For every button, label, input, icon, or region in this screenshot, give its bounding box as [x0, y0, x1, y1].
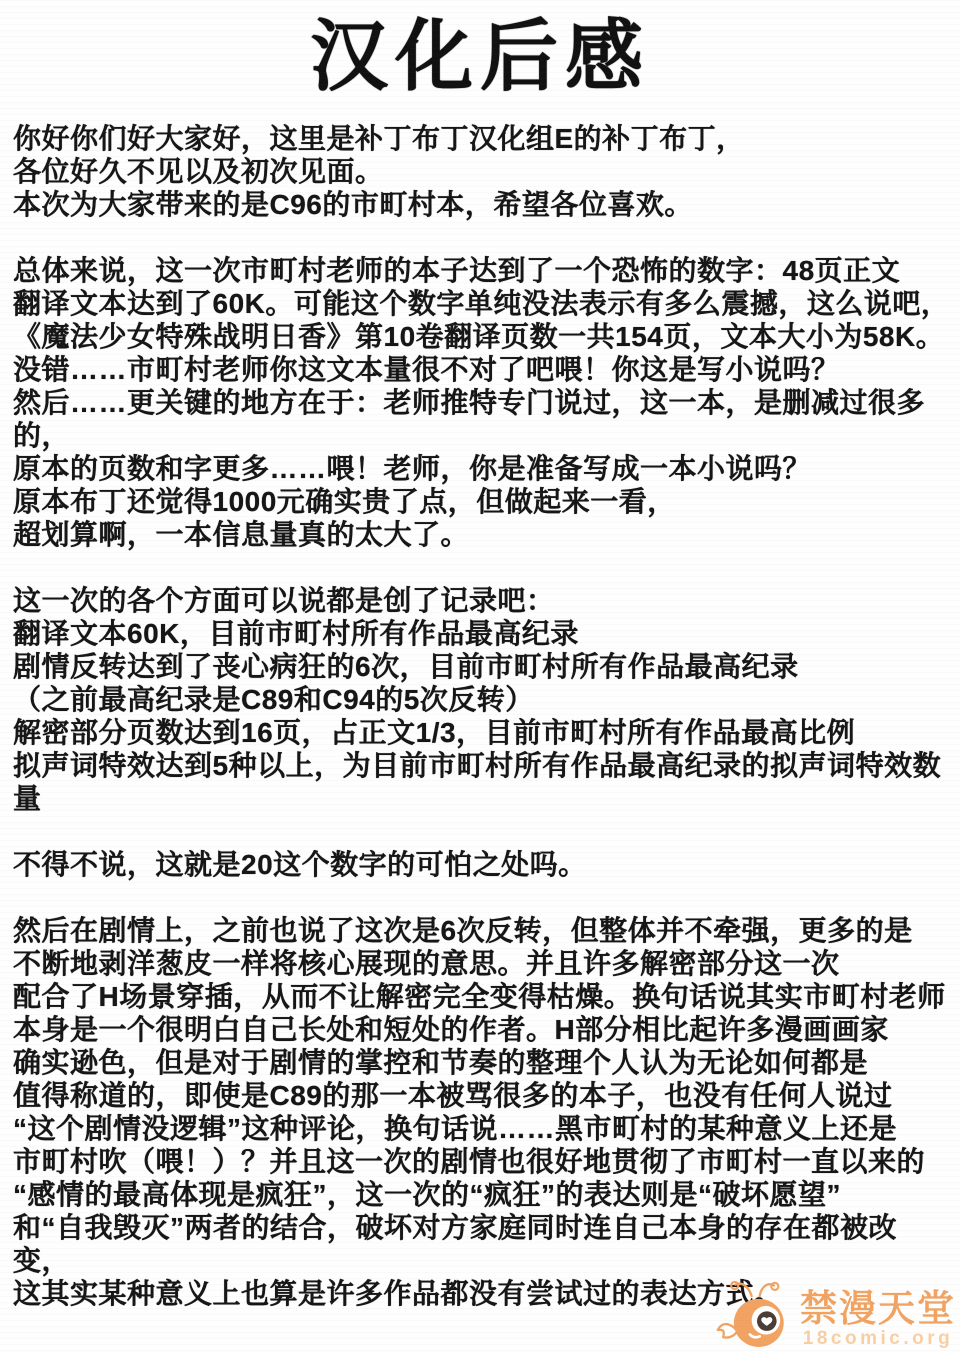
body-paragraph-number-20: 不得不说，这就是20这个数字的可怕之处吗。 [13, 848, 952, 881]
whale-mascot-icon [716, 1275, 798, 1353]
body-paragraph-text-volume: 总体来说，这一次市町村老师的本子达到了一个恐怖的数字：48页正文 翻译文本达到了… [13, 254, 952, 551]
page-title: 汉化后感 [0, 10, 960, 102]
site-name: 禁漫天堂 [800, 1290, 956, 1327]
body-paragraph-records: 这一次的各个方面可以说都是创了记录吧： 翻译文本60K，目前市町村所有作品最高纪… [13, 584, 952, 815]
afterword-page: 汉化后感 你好你们好大家好，这里是补丁布丁汉化组E的补丁布丁， 各位好久不见以及… [0, 0, 960, 1353]
site-watermark: 禁漫天堂 18comic.org [716, 1275, 956, 1353]
afterword-body: 你好你们好大家好，这里是补丁布丁汉化组E的补丁布丁， 各位好久不见以及初次见面。… [0, 122, 960, 1310]
body-paragraph-plot-review: 然后在剧情上，之前也说了这次是6次反转，但整体并不牵强，更多的是 不断地剥洋葱皮… [13, 914, 952, 1310]
watermark-text: 禁漫天堂 18comic.org [800, 1290, 956, 1348]
site-url: 18comic.org [803, 1329, 953, 1348]
body-paragraph-greeting: 你好你们好大家好，这里是补丁布丁汉化组E的补丁布丁， 各位好久不见以及初次见面。… [13, 122, 952, 221]
